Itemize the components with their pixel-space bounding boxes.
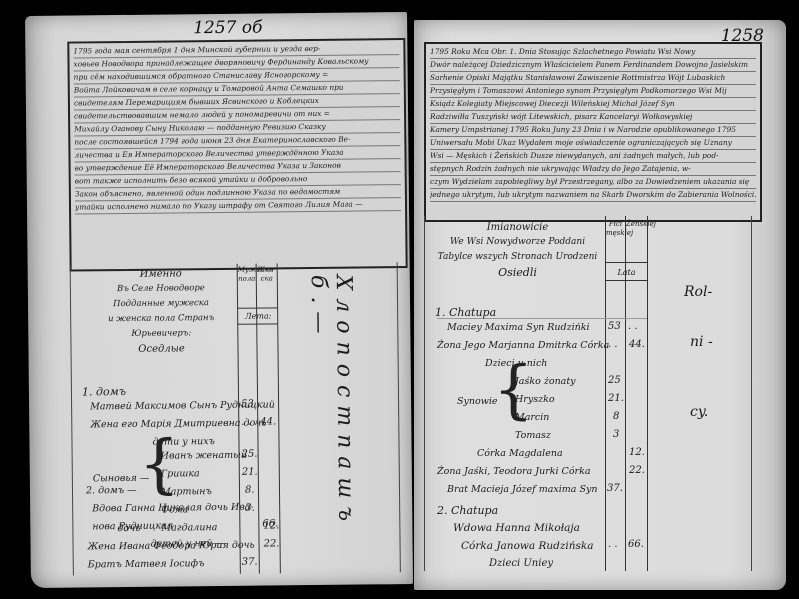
header-line: Kamery Umpstrianej 1795 Roku Juny 23 Dni… (430, 124, 756, 137)
household-label: 1. домъ (82, 385, 126, 398)
son-name: Hryszko (515, 394, 555, 405)
sons-label: Synowie (457, 396, 498, 407)
header-rule (237, 307, 277, 308)
female-age: 66. (628, 539, 644, 550)
female-column-header: Żeńskiej (626, 220, 647, 229)
son-age: 21. (608, 393, 624, 404)
header-line: czym Wydzielam zapobiegliwy był Przestrz… (430, 176, 756, 189)
son-name: Tomasz (515, 430, 551, 441)
table-title: Именно (91, 266, 231, 282)
female-age: 22. (264, 538, 280, 549)
header-line: stępnych Rodzin żadnych nie ukrywając Wł… (430, 163, 756, 176)
header-paragraph: 1795 года мая сентября 1 дня Минской губ… (67, 38, 407, 272)
female-age: 66. (262, 518, 278, 529)
header-line: Sarhenie Opiski Majątku Stanisławowi Zaw… (430, 72, 756, 85)
header-line: Radziwiłła Tuszyński wójt Litewskich, pi… (430, 111, 756, 124)
male-age: 53 (241, 399, 254, 410)
son-age: 8. (245, 485, 255, 496)
table-subtitle: Въ Селе Новодворе Подданные мужеска (91, 281, 231, 312)
table-title: Imianowicie (435, 220, 600, 235)
daughter-name: Córka Magdalena (477, 448, 563, 459)
female-age: . . (628, 321, 638, 332)
table-subtitle: We Wsi Nowydworze Poddani (435, 235, 600, 250)
vertical-annotation: Хлопостпашъ б.— (306, 275, 359, 546)
header-paragraph: 1795 Roku Mca Obr. 1. Dnia Stosując Szla… (424, 42, 762, 222)
header-line: jednego ukrytym, lub ukrytym nazwaniem n… (430, 189, 756, 202)
person-entry: Brat Macieja Józef maxima Syn (447, 484, 597, 495)
header-line: утайки исполнено нимало по Указу штрафу … (75, 198, 401, 214)
household-label: 2. домъ — (86, 485, 137, 497)
person-entry: Wdowa Hanna Mikołaja (453, 522, 580, 534)
margin-annotation: cy. (690, 404, 708, 420)
son-name: Marcin (515, 412, 549, 423)
header-rule (605, 280, 647, 281)
header-line: Ksiądz Kolegiaty Miejscowej Diecezji Wil… (430, 98, 756, 111)
brace-glyph: { (493, 368, 534, 412)
person-entry: Żona Jaśki, Teodora Jurki Córka (437, 466, 591, 477)
male-age: . . (608, 339, 618, 350)
section-label: Оседлые (91, 341, 231, 357)
male-column-header: Мужеска пола (238, 266, 256, 284)
years-header: Lata (606, 268, 647, 277)
header-line: 1795 Roku Mca Obr. 1. Dnia Stosując Szla… (430, 46, 756, 59)
sons-label: Сыновья — (93, 473, 150, 485)
female-age: . . (262, 398, 272, 409)
son-age: 8 (613, 411, 619, 422)
daughter-age: 12. (629, 447, 645, 458)
son-name: Иванъ женатый (161, 450, 247, 462)
table-subtitle: и женска пола Странъ Юрьевичеръ: (91, 311, 231, 342)
margin-annotation: Rol- (684, 284, 712, 300)
male-age: 37. (607, 483, 623, 494)
female-age: 44. (260, 416, 276, 427)
son-age: 25. (242, 449, 258, 460)
header-rule (605, 262, 647, 263)
table-title-block: Imianowicie We Wsi Nowydworze Poddani Ta… (435, 220, 600, 280)
son-name: Гришка (161, 468, 200, 479)
section-label: Osiedli (435, 265, 600, 280)
header-line: Uniwersału Mobi Ukaz Wydałem moje oświad… (430, 137, 756, 150)
male-age: . . (608, 539, 618, 550)
left-page: 1257 об 1795 года мая сентября 1 дня Мин… (25, 12, 413, 588)
female-column-header: Жен-ска (257, 265, 277, 283)
son-name: Jaśko żonaty (515, 376, 576, 387)
header-line: Dwór należącej Dziedzicznym Właścicielem… (430, 59, 756, 72)
header-line: Wsi — Męskich i Żeńskich Dusze niewydany… (430, 150, 756, 163)
children-label: детей у ней — (150, 538, 225, 550)
person-entry: Córka Janowa Rudzińska (461, 540, 594, 552)
male-age: 53 (608, 321, 621, 332)
household-label: 2. Chatupa (437, 504, 498, 517)
person-entry: Maciey Maxima Syn Rudzińki (447, 322, 590, 333)
female-age: 44. (629, 339, 645, 350)
margin-annotation: ni - (690, 334, 713, 350)
son-age: 21. (242, 467, 258, 478)
column-divider (647, 216, 648, 571)
right-page: 1258 1795 Roku Mca Obr. 1. Dnia Stosując… (414, 20, 786, 590)
folio-number: 1257 об (193, 18, 262, 39)
table-subtitle: Tabylce wszych Stronach Urodzeni (435, 250, 600, 265)
person-entry: Żona Jego Marjanna Dmitrka Córka (437, 340, 609, 351)
person-entry: Вдова Ганна Николая дочь Ива- (92, 502, 254, 515)
census-table: Imianowicie We Wsi Nowydworze Poddani Ta… (424, 216, 752, 571)
son-name: Мартынъ (161, 486, 212, 498)
son-age: 25 (608, 375, 621, 386)
children-label: Dzieci Uniey (489, 558, 553, 569)
household-label: 1. Chatupa (435, 306, 496, 319)
years-header: Лета: (238, 311, 278, 320)
header-line: Przysięgłym i Tomaszowi Antoniego synom … (430, 85, 756, 98)
son-age: 3 (613, 429, 619, 440)
header-rule (237, 323, 277, 324)
male-age: . . . (241, 417, 257, 428)
male-age: 37. (242, 557, 258, 568)
female-age: 22. (629, 465, 645, 476)
male-column-header: Płci męskiej (606, 220, 625, 238)
person-entry: Братъ Матвея Іосифъ (88, 558, 205, 570)
table-title-block: Именно Въ Селе Новодворе Подданные мужес… (91, 266, 232, 357)
person-entry: нова Рудницкая (92, 520, 173, 532)
